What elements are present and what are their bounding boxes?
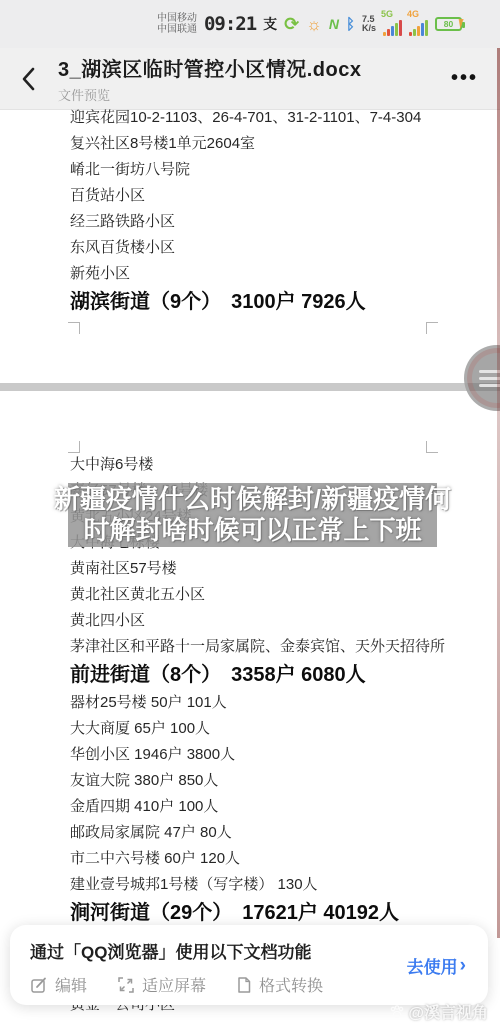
sync-icon: ⟳ [284, 15, 299, 33]
clock: 09:21 [204, 13, 256, 35]
district-summary-line: 前进街道（8个） 3358户 6080人 [70, 660, 488, 690]
watermark-text: @溪言视角 [408, 1000, 488, 1023]
back-button[interactable] [18, 59, 48, 99]
promo-title: 通过「QQ浏览器」使用以下文档功能 [30, 938, 470, 963]
community-line: 百货站小区 [70, 183, 488, 209]
community-line: 黄北社区黄北五小区 [70, 582, 488, 608]
community-line: 邮政局家属院 47户 80人 [70, 820, 488, 846]
page-corner-mark [426, 322, 438, 334]
format-convert-icon [236, 976, 252, 994]
fit-screen-icon [117, 976, 135, 994]
edit-icon [30, 976, 48, 994]
paw-icon [389, 1004, 405, 1020]
signal-5g: 5G [383, 12, 402, 36]
community-line: 崤北一街坊八号院 [70, 157, 488, 183]
fit-screen-feature[interactable]: 适应屏幕 [117, 973, 206, 996]
page-corner-mark [426, 441, 438, 453]
document-preview[interactable]: 迎宾花园10-2-1103、26-4-701、31-2-1101、7-4-304… [0, 111, 500, 1031]
video-caption-overlay: 新疆疫情什么时候解封/新疆疫情何 时解封啥时候可以正常上下班 [68, 483, 437, 547]
community-line: 经三路铁路小区 [70, 209, 488, 235]
community-line: 大大商厦 65户 100人 [70, 716, 488, 742]
edit-feature[interactable]: 编辑 [30, 973, 87, 996]
community-line: 友谊大院 380户 850人 [70, 768, 488, 794]
header-text: 3_湖滨区临时管控小区情况.docx 文件预览 [58, 53, 447, 104]
feature-row: 编辑 适应屏幕 格式转换 [30, 973, 470, 996]
community-line: 大中海6号楼 [70, 452, 488, 478]
qq-browser-promo-sheet: 通过「QQ浏览器」使用以下文档功能 去使用 › 编辑 适应屏幕 [10, 925, 488, 1005]
document-page-1: 迎宾花园10-2-1103、26-4-701、31-2-1101、7-4-304… [70, 105, 488, 317]
signal-bars-icon [409, 20, 428, 36]
community-line: 建业壹号城邦1号楼（写字楼） 130人 [70, 872, 488, 898]
page-break-divider [0, 383, 500, 391]
creator-watermark: @溪言视角 [389, 1000, 488, 1023]
community-line: 茅津社区和平路十一局家属院、金泰宾馆、天外天招待所 [70, 634, 488, 660]
status-bar: 中国移动 中国联通 09:21 支 ⟳ ☼ N ᛒ 7.5 K/s 5G 4G … [0, 0, 500, 48]
page-corner-mark [68, 441, 80, 453]
charging-bolt-icon [455, 19, 463, 29]
nfc-icon: N [329, 17, 339, 31]
district-summary-line: 涧河街道（29个） 17621户 40192人 [70, 898, 488, 928]
file-preview-header: 3_湖滨区临时管控小区情况.docx 文件预览 ••• [0, 48, 500, 110]
community-line: 市二中六号楼 60户 120人 [70, 846, 488, 872]
use-now-button[interactable]: 去使用 › [407, 953, 466, 978]
document-subtitle: 文件预览 [58, 85, 447, 104]
caption-line-1: 新疆疫情什么时候解封/新疆疫情何 [54, 484, 451, 515]
battery-icon: 80 [435, 17, 462, 31]
alipay-icon: 支 [263, 17, 277, 31]
community-line: 器材25号楼 50户 101人 [70, 690, 488, 716]
bluetooth-icon: ᛒ [346, 17, 355, 32]
document-title: 3_湖滨区临时管控小区情况.docx [58, 53, 447, 82]
more-options-button[interactable]: ••• [447, 61, 482, 96]
network-speed: 7.5 K/s [362, 15, 376, 34]
brightness-icon: ☼ [306, 16, 322, 33]
community-line: 黄北四小区 [70, 608, 488, 634]
carrier-labels: 中国移动 中国联通 [157, 13, 197, 35]
community-line: 黄南社区57号楼 [70, 556, 488, 582]
page-corner-mark [68, 322, 80, 334]
community-line: 金盾四期 410户 100人 [70, 794, 488, 820]
community-line: 东风百货楼小区 [70, 235, 488, 261]
signal-bars-icon [383, 20, 402, 36]
caption-line-2: 时解封啥时候可以正常上下班 [83, 515, 421, 546]
chevron-right-icon: › [460, 957, 466, 974]
community-line: 迎宾花园10-2-1103、26-4-701、31-2-1101、7-4-304 [70, 105, 488, 131]
signal-4g: 4G [409, 12, 428, 36]
district-summary-line: 湖滨街道（9个） 3100户 7926人 [70, 287, 488, 317]
community-line: 华创小区 1946户 3800人 [70, 742, 488, 768]
community-line: 新苑小区 [70, 261, 488, 287]
chevron-left-icon [18, 65, 40, 93]
format-convert-feature[interactable]: 格式转换 [236, 973, 323, 996]
community-line: 复兴社区8号楼1单元2604室 [70, 131, 488, 157]
